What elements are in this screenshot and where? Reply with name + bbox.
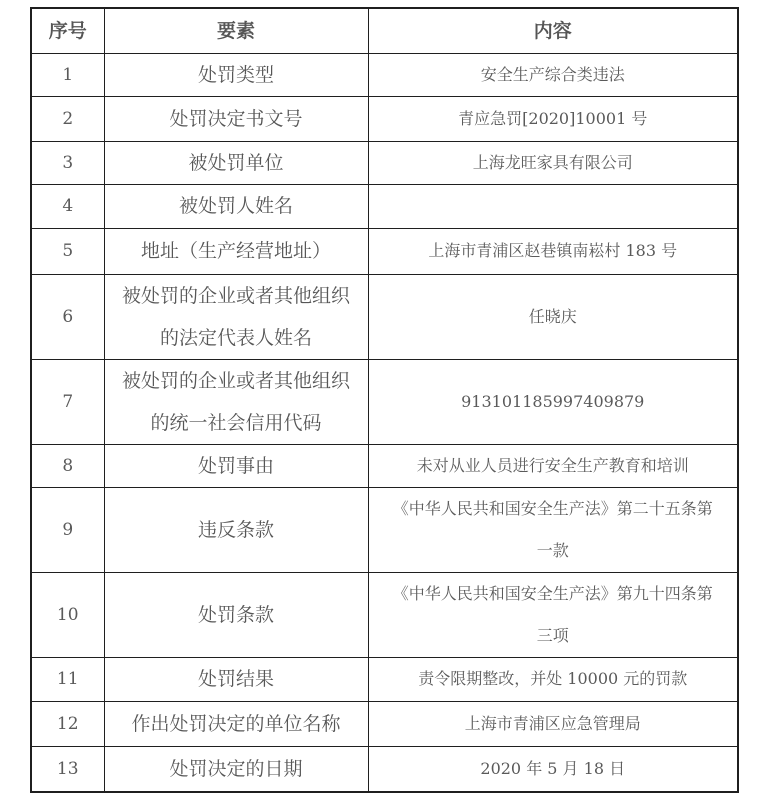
cell-serial-number: 6	[31, 274, 104, 359]
cell-serial-number: 11	[31, 657, 104, 701]
table-row: 13 处罚决定的日期 2020 年 5 月 18 日	[31, 746, 738, 792]
table-row: 11 处罚结果 责令限期整改，并处 10000 元的罚款	[31, 657, 738, 701]
cell-content: 2020 年 5 月 18 日	[368, 746, 738, 792]
cell-element: 处罚类型	[104, 53, 368, 96]
cell-content: 责令限期整改，并处 10000 元的罚款	[368, 657, 738, 701]
table-row: 8 处罚事由 未对从业人员进行安全生产教育和培训	[31, 444, 738, 487]
table-row: 6 被处罚的企业或者其他组织的法定代表人姓名 任晓庆	[31, 274, 738, 359]
cell-serial-number: 9	[31, 487, 104, 572]
table-row: 2 处罚决定书文号 青应急罚[2020]10001 号	[31, 96, 738, 141]
cell-content: 上海市青浦区应急管理局	[368, 701, 738, 746]
table-row: 10 处罚条款 《中华人民共和国安全生产法》第九十四条第三项	[31, 572, 738, 657]
cell-element: 作出处罚决定的单位名称	[104, 701, 368, 746]
header-content: 内容	[368, 8, 738, 53]
cell-content: 913101185997409879	[368, 359, 738, 444]
cell-serial-number: 12	[31, 701, 104, 746]
cell-serial-number: 1	[31, 53, 104, 96]
cell-element: 被处罚的企业或者其他组织的法定代表人姓名	[104, 274, 368, 359]
penalty-info-table: 序号 要素 内容 1 处罚类型 安全生产综合类违法 2 处罚决定书文号 青应急罚…	[30, 7, 739, 793]
table-row: 4 被处罚人姓名	[31, 184, 738, 228]
cell-serial-number: 8	[31, 444, 104, 487]
cell-element: 处罚结果	[104, 657, 368, 701]
cell-element: 被处罚人姓名	[104, 184, 368, 228]
cell-serial-number: 7	[31, 359, 104, 444]
cell-element: 处罚条款	[104, 572, 368, 657]
cell-content: 未对从业人员进行安全生产教育和培训	[368, 444, 738, 487]
cell-element: 地址（生产经营地址）	[104, 228, 368, 274]
header-element: 要素	[104, 8, 368, 53]
cell-content	[368, 184, 738, 228]
penalty-table-container: 序号 要素 内容 1 处罚类型 安全生产综合类违法 2 处罚决定书文号 青应急罚…	[0, 0, 773, 793]
table-row: 9 违反条款 《中华人民共和国安全生产法》第二十五条第一款	[31, 487, 738, 572]
cell-serial-number: 10	[31, 572, 104, 657]
cell-serial-number: 5	[31, 228, 104, 274]
cell-content: 《中华人民共和国安全生产法》第九十四条第三项	[368, 572, 738, 657]
cell-serial-number: 2	[31, 96, 104, 141]
cell-element: 被处罚的企业或者其他组织的统一社会信用代码	[104, 359, 368, 444]
cell-serial-number: 3	[31, 141, 104, 184]
cell-content: 青应急罚[2020]10001 号	[368, 96, 738, 141]
cell-content: 安全生产综合类违法	[368, 53, 738, 96]
cell-content: 任晓庆	[368, 274, 738, 359]
cell-content: 上海龙旺家具有限公司	[368, 141, 738, 184]
header-row: 序号 要素 内容	[31, 8, 738, 53]
table-row: 5 地址（生产经营地址） 上海市青浦区赵巷镇南崧村 183 号	[31, 228, 738, 274]
cell-element: 处罚决定书文号	[104, 96, 368, 141]
cell-element: 被处罚单位	[104, 141, 368, 184]
cell-serial-number: 4	[31, 184, 104, 228]
table-row: 7 被处罚的企业或者其他组织的统一社会信用代码 9131011859974098…	[31, 359, 738, 444]
cell-serial-number: 13	[31, 746, 104, 792]
cell-content: 《中华人民共和国安全生产法》第二十五条第一款	[368, 487, 738, 572]
cell-element: 违反条款	[104, 487, 368, 572]
header-serial-number: 序号	[31, 8, 104, 53]
table-row: 1 处罚类型 安全生产综合类违法	[31, 53, 738, 96]
cell-content: 上海市青浦区赵巷镇南崧村 183 号	[368, 228, 738, 274]
table-row: 12 作出处罚决定的单位名称 上海市青浦区应急管理局	[31, 701, 738, 746]
table-row: 3 被处罚单位 上海龙旺家具有限公司	[31, 141, 738, 184]
cell-element: 处罚事由	[104, 444, 368, 487]
cell-element: 处罚决定的日期	[104, 746, 368, 792]
